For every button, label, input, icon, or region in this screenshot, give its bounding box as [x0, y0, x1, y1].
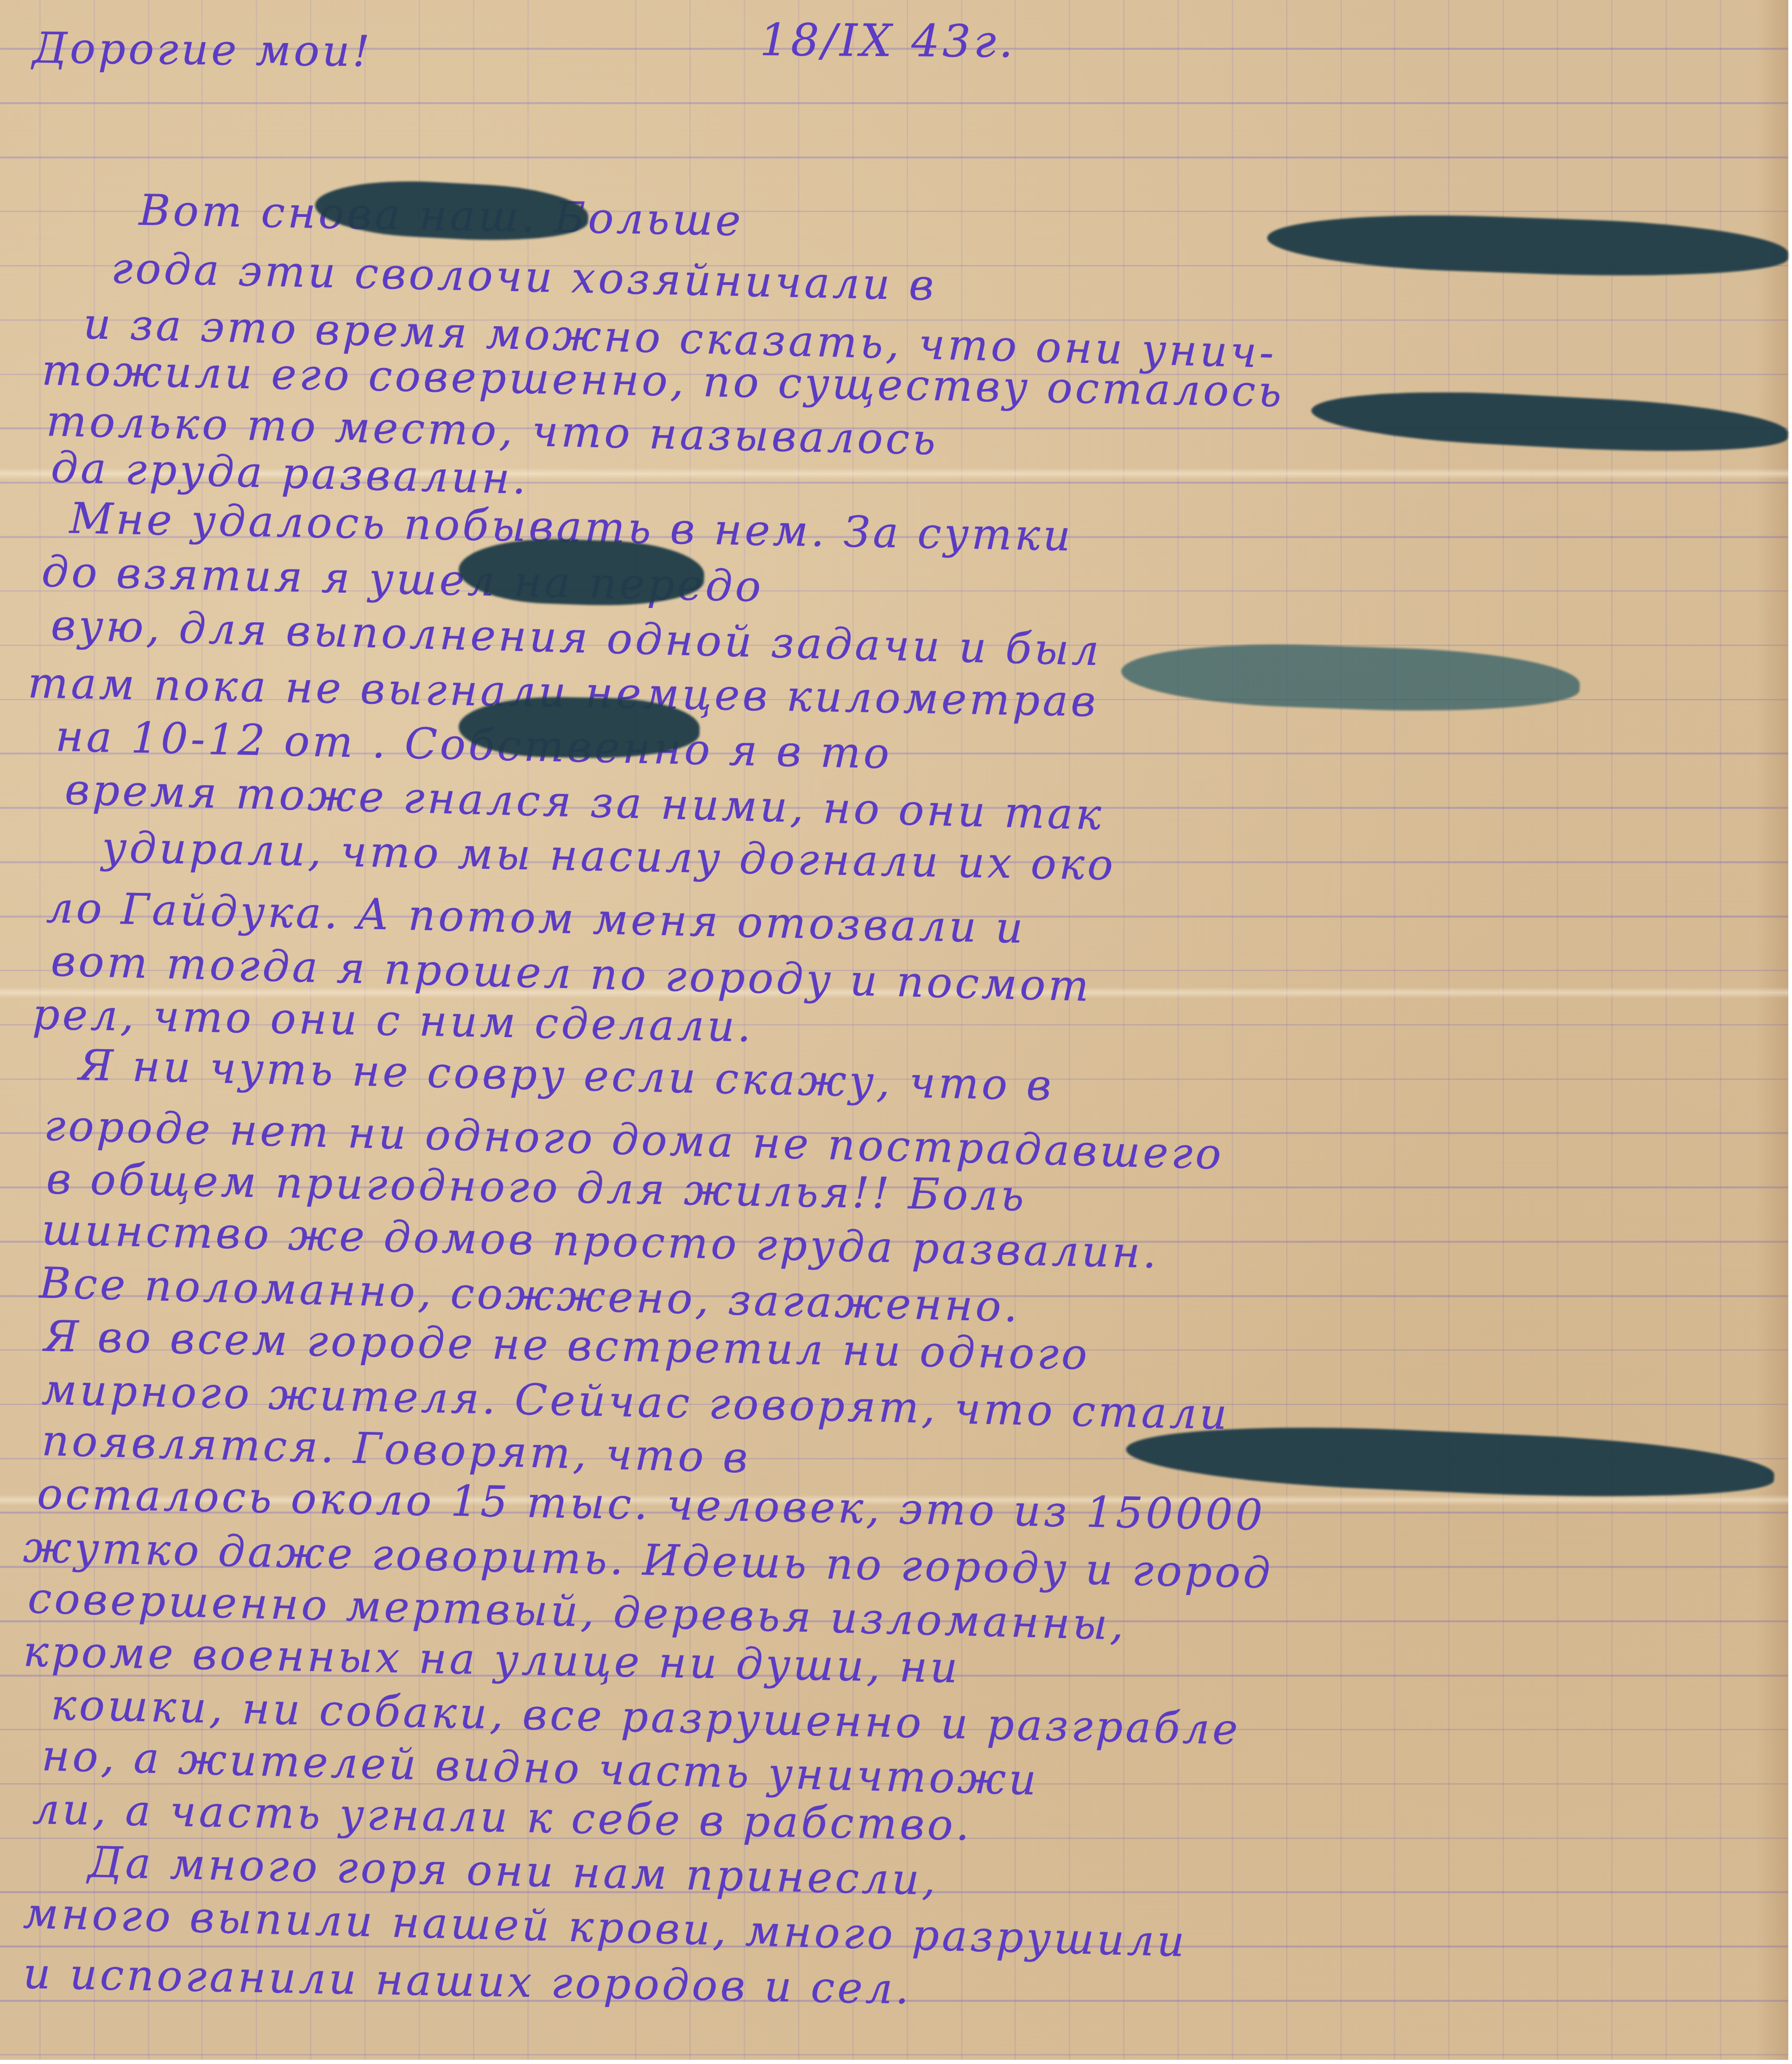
redaction-blot — [1120, 639, 1581, 717]
letter-line: Я ни чуть не совру если скажу, что в — [78, 1040, 1054, 1110]
letter-paper: Дорогие мои! 18/IX 43г. Вот снова наш. Б… — [0, 0, 1788, 2060]
salutation: Дорогие мои! — [32, 23, 372, 76]
redaction-blot — [1310, 384, 1789, 460]
paper-edge-shadow — [1756, 0, 1788, 2060]
letter-line: и испоганили наших городов и сел. — [23, 1949, 912, 2013]
redaction-blot — [458, 695, 700, 760]
letter-date: 18/IX 43г. — [760, 14, 1016, 68]
redaction-blot — [1266, 209, 1789, 282]
letter-line: года эти сволочи хозяйничали в — [111, 243, 937, 310]
